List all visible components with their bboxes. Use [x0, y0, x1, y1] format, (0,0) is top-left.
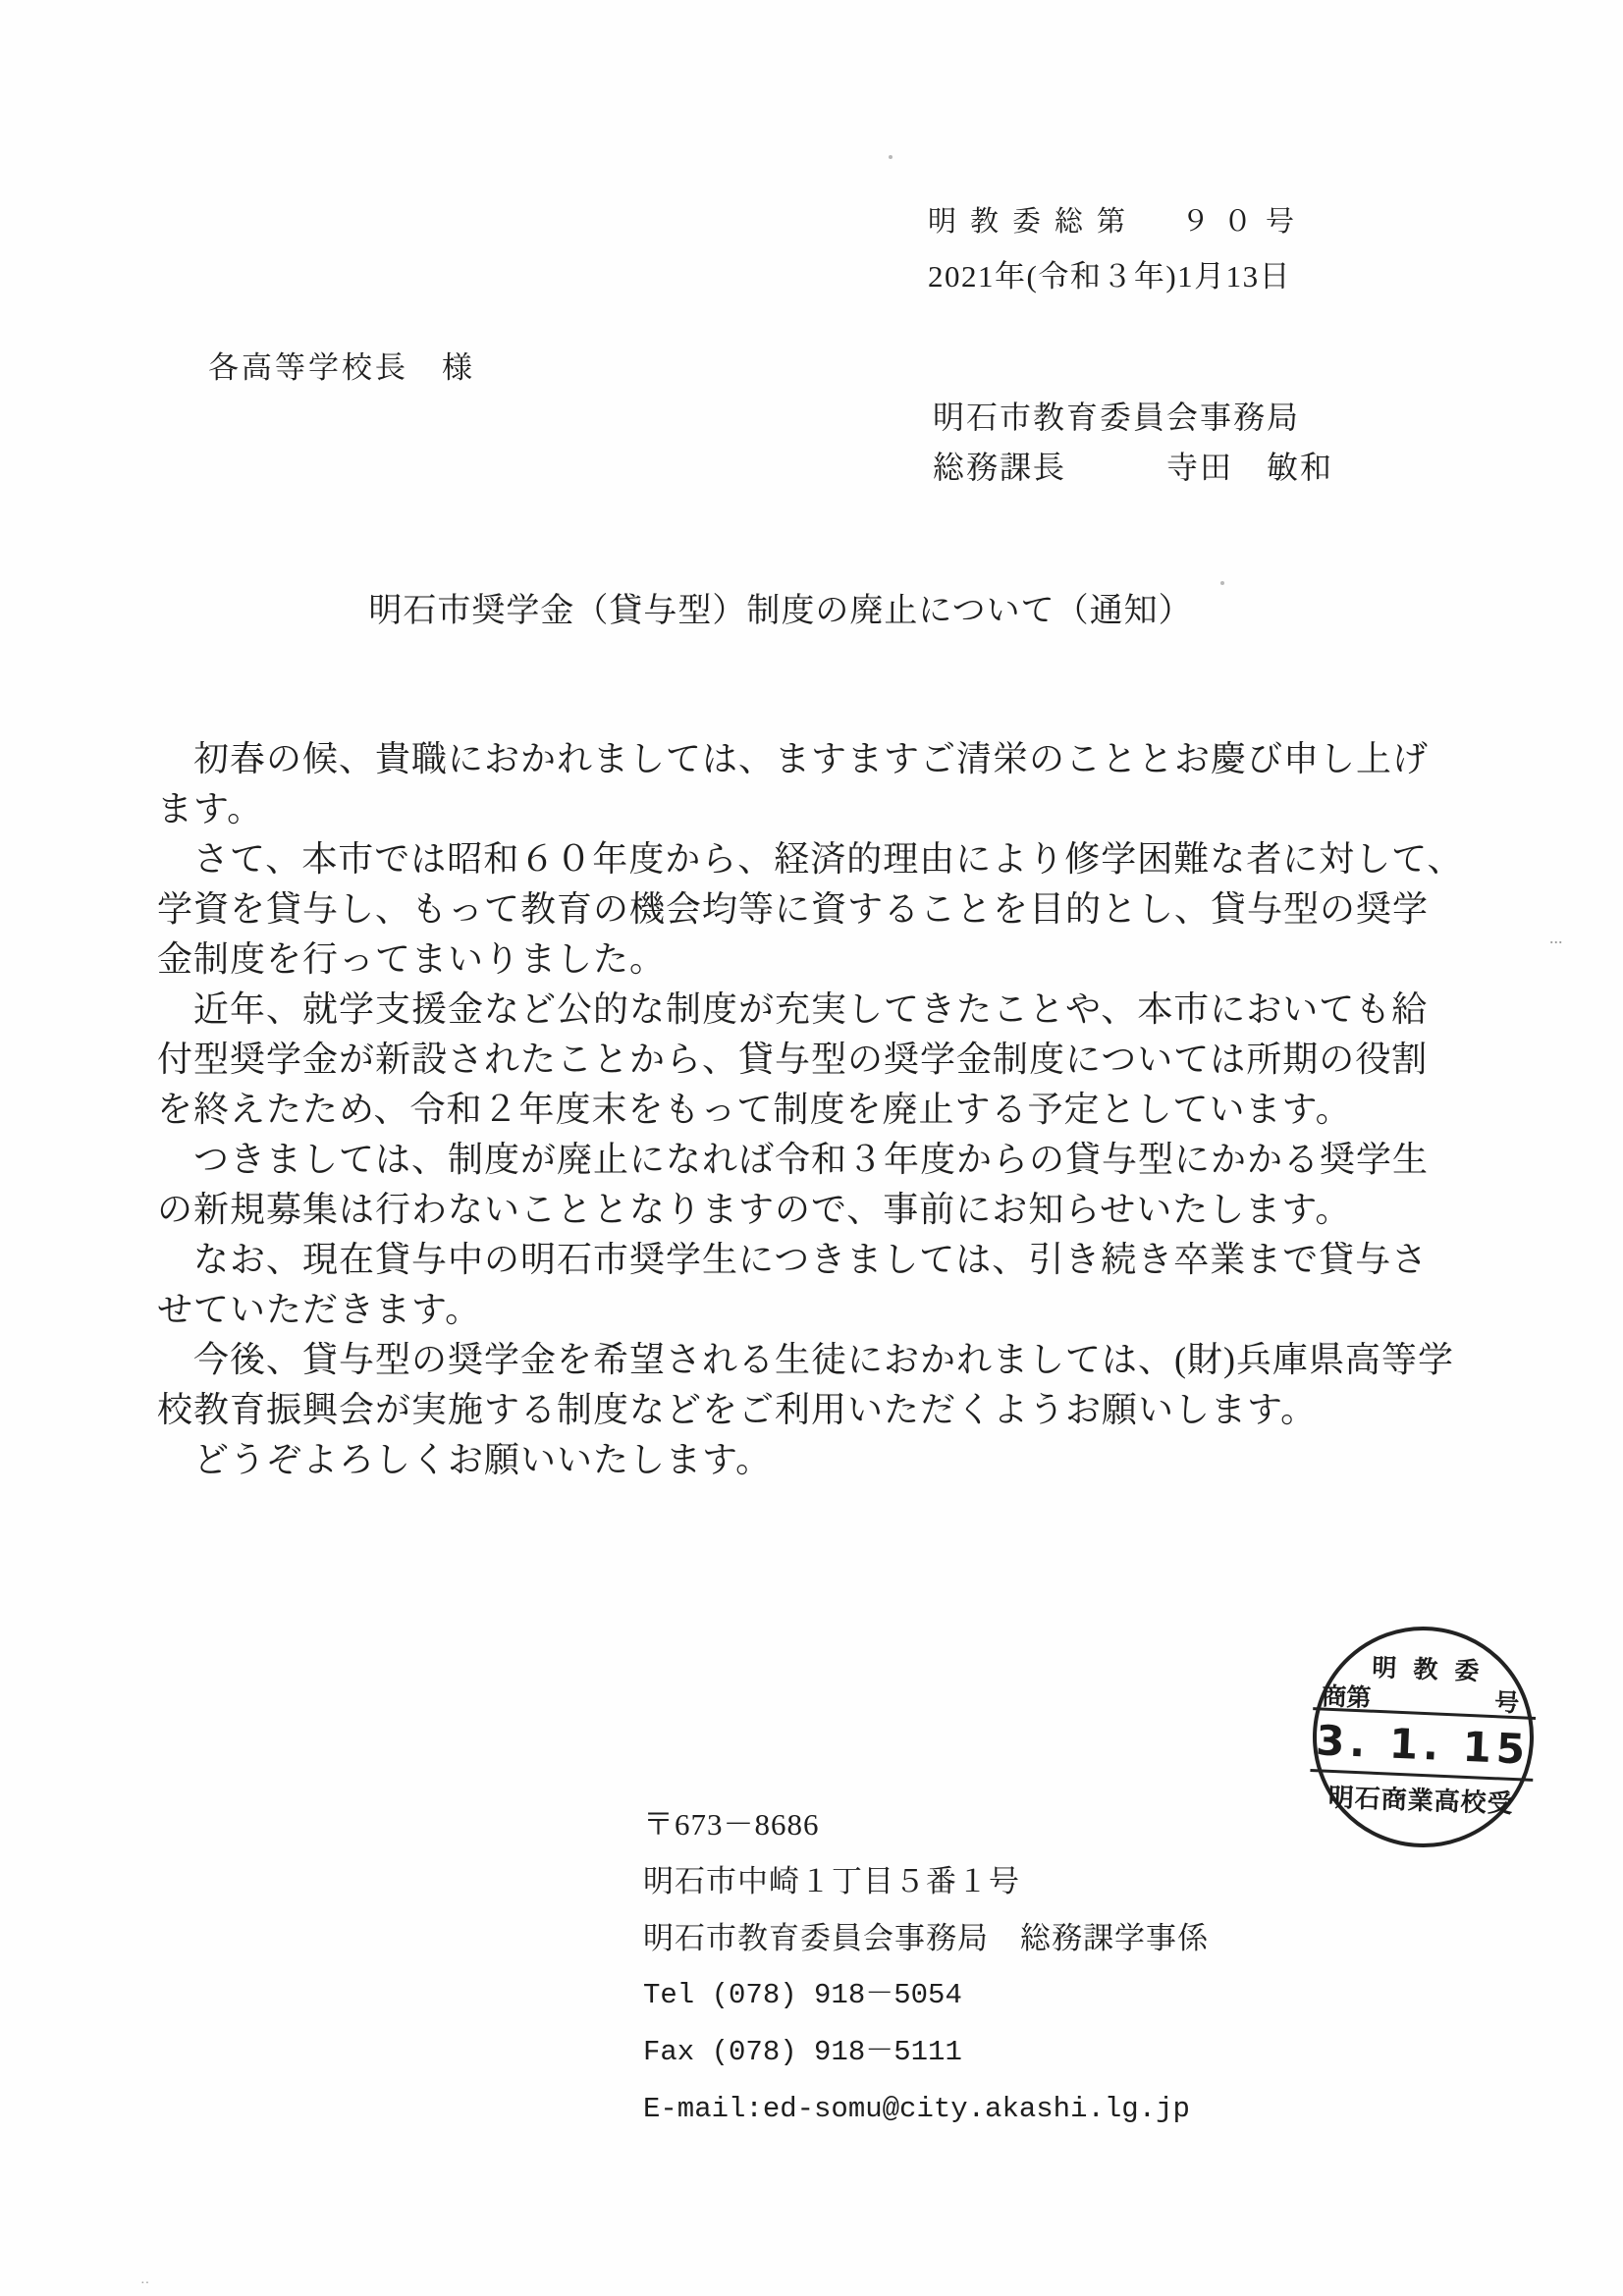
- scan-artifact: ··: [140, 2277, 149, 2291]
- office-name: 明石市教育委員会事務局 総務課学事係: [643, 1910, 1209, 1967]
- contact-block: 〒673－8686 明石市中崎１丁目５番１号 明石市教育委員会事務局 総務課学事…: [643, 1796, 1209, 2138]
- document-body: 初春の候、貴職におかれましては、ますますご清栄のこととお慶び申し上げ ます。 さ…: [157, 734, 1517, 1485]
- receipt-stamp: 明教委 商第 号 3. 1. 15 明石商業高校受: [1309, 1623, 1538, 1851]
- document-number: 明教委総第 ９０号: [928, 199, 1308, 240]
- postal-code: 〒673－8686: [643, 1796, 1209, 1853]
- document-date: 2021年(令和３年)1月13日: [928, 251, 1291, 295]
- scan-artifact: ...: [1549, 929, 1563, 946]
- email-address: E-mail:ed-somu@city.akashi.lg.jp: [643, 2081, 1209, 2138]
- scanned-letter-page: 明教委総第 ９０号 2021年(令和３年)1月13日 各高等学校長 様 明石市教…: [0, 0, 1623, 2296]
- stamp-receiver-text: 明石商業高校受: [1314, 1777, 1528, 1821]
- street-address: 明石市中崎１丁目５番１号: [643, 1853, 1209, 1910]
- tel-number: Tel (078) 918－5054: [643, 1967, 1209, 2024]
- addressee: 各高等学校長 様: [208, 343, 475, 387]
- stamp-date: 3. 1. 15: [1310, 1707, 1536, 1782]
- scan-artifact: [1220, 581, 1224, 585]
- fax-number: Fax (078) 918－5111: [643, 2024, 1209, 2081]
- sender-name: 総務課長 寺田 敏和: [933, 443, 1333, 488]
- stamp-number-suffix: 号: [1494, 1683, 1520, 1720]
- scan-artifact: [889, 155, 893, 159]
- document-title: 明石市奨学金（貸与型）制度の廃止について（通知）: [128, 583, 1434, 631]
- sender-organization: 明石市教育委員会事務局: [933, 393, 1300, 438]
